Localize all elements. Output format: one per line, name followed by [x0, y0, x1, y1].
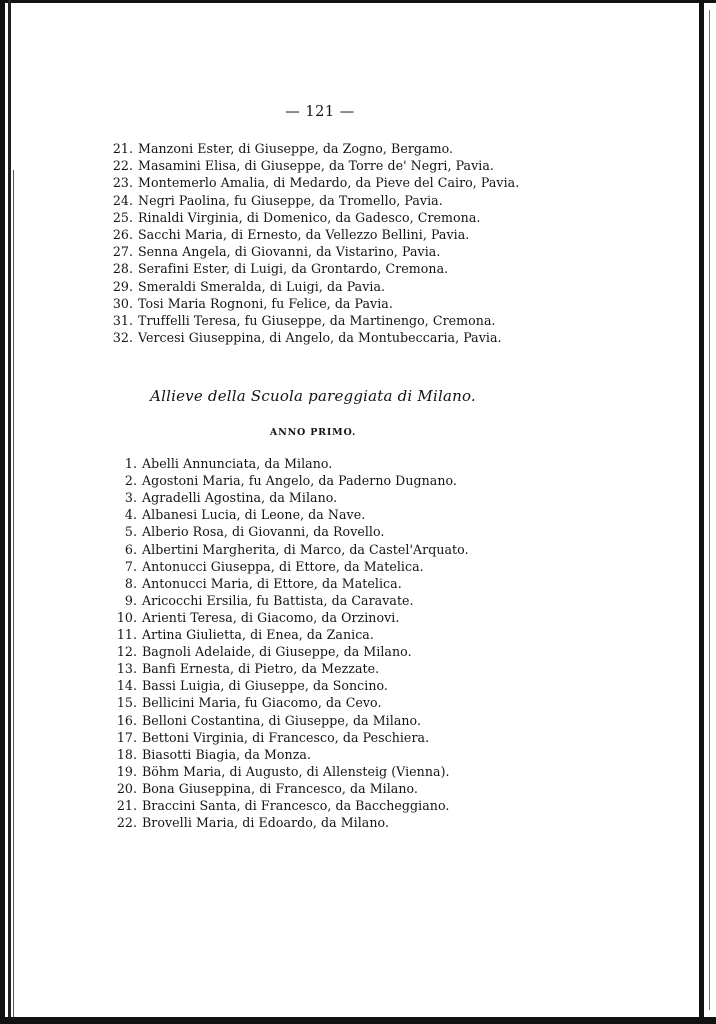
list-item: 23.Montemerlo Amalia, di Medardo, da Pie…: [106, 174, 519, 191]
list-item: 11.Artina Giulietta, di Enea, da Zanica.: [110, 626, 374, 643]
entry-number: 27.: [106, 243, 133, 260]
entry-text: Aricocchi Ersilia, fu Battista, da Carav…: [142, 592, 414, 609]
page-edge-top: [0, 0, 716, 3]
entry-number: 25.: [106, 209, 133, 226]
entry-text: Sacchi Maria, di Ernesto, da Vellezzo Be…: [138, 226, 469, 243]
entry-text: Bassi Luigia, di Giuseppe, da Soncino.: [142, 677, 388, 694]
entry-text: Vercesi Giuseppina, di Angelo, da Montub…: [138, 329, 502, 346]
entry-text: Bona Giuseppina, di Francesco, da Milano…: [142, 780, 418, 797]
entry-number: 14.: [110, 677, 137, 694]
entry-text: Artina Giulietta, di Enea, da Zanica.: [142, 626, 374, 643]
list-item: 5.Alberio Rosa, di Giovanni, da Rovello.: [110, 523, 384, 540]
page-edge-right-thin: [709, 10, 710, 1010]
entry-text: Montemerlo Amalia, di Medardo, da Pieve …: [138, 174, 519, 191]
list-item: 19.Böhm Maria, di Augusto, di Allensteig…: [110, 763, 450, 780]
list-item: 20.Bona Giuseppina, di Francesco, da Mil…: [110, 780, 418, 797]
entry-number: 31.: [106, 312, 133, 329]
entry-number: 7.: [110, 558, 137, 575]
list-item: 26.Sacchi Maria, di Ernesto, da Vellezzo…: [106, 226, 469, 243]
list-item: 12.Bagnoli Adelaide, di Giuseppe, da Mil…: [110, 643, 412, 660]
entry-text: Brovelli Maria, di Edoardo, da Milano.: [142, 814, 389, 831]
entry-number: 29.: [106, 278, 133, 295]
entry-text: Bagnoli Adelaide, di Giuseppe, da Milano…: [142, 643, 412, 660]
binding-edge-left-inner: [8, 0, 11, 1024]
entry-number: 28.: [106, 260, 133, 277]
entry-text: Negri Paolina, fu Giuseppe, da Tromello,…: [138, 192, 443, 209]
entry-text: Arienti Teresa, di Giacomo, da Orzinovi.: [142, 609, 399, 626]
entry-number: 17.: [110, 729, 137, 746]
entry-text: Serafini Ester, di Luigi, da Grontardo, …: [138, 260, 448, 277]
list-item: 27.Senna Angela, di Giovanni, da Vistari…: [106, 243, 440, 260]
list-item: 15.Bellicini Maria, fu Giacomo, da Cevo.: [110, 694, 382, 711]
entry-number: 4.: [110, 506, 137, 523]
list-item: 4.Albanesi Lucia, di Leone, da Nave.: [110, 506, 365, 523]
list-item: 31.Truffelli Teresa, fu Giuseppe, da Mar…: [106, 312, 496, 329]
entry-number: 30.: [106, 295, 133, 312]
entry-text: Albanesi Lucia, di Leone, da Nave.: [142, 506, 365, 523]
entry-number: 5.: [110, 523, 137, 540]
entry-number: 20.: [110, 780, 137, 797]
list-item: 21.Manzoni Ester, di Giuseppe, da Zogno,…: [106, 140, 453, 157]
list-item: 18.Biasotti Biagia, da Monza.: [110, 746, 311, 763]
list-item: 22.Masamini Elisa, di Giuseppe, da Torre…: [106, 157, 494, 174]
entry-text: Antonucci Maria, di Ettore, da Matelica.: [142, 575, 402, 592]
list-item: 28.Serafini Ester, di Luigi, da Grontard…: [106, 260, 448, 277]
list-item: 25.Rinaldi Virginia, di Domenico, da Gad…: [106, 209, 480, 226]
entry-text: Alberio Rosa, di Giovanni, da Rovello.: [142, 523, 384, 540]
entry-number: 10.: [110, 609, 137, 626]
list-item: 14.Bassi Luigia, di Giuseppe, da Soncino…: [110, 677, 388, 694]
section-subtitle: ANNO PRIMO.: [0, 427, 626, 438]
entry-text: Manzoni Ester, di Giuseppe, da Zogno, Be…: [138, 140, 453, 157]
entry-text: Smeraldi Smeralda, di Luigi, da Pavia.: [138, 278, 385, 295]
entry-text: Tosi Maria Rognoni, fu Felice, da Pavia.: [138, 295, 393, 312]
entry-text: Masamini Elisa, di Giuseppe, da Torre de…: [138, 157, 494, 174]
entry-number: 11.: [110, 626, 137, 643]
entry-number: 18.: [110, 746, 137, 763]
list-item: 1.Abelli Annunciata, da Milano.: [110, 455, 332, 472]
entry-number: 2.: [110, 472, 137, 489]
entry-number: 15.: [110, 694, 137, 711]
entry-number: 22.: [106, 157, 133, 174]
entry-text: Bellicini Maria, fu Giacomo, da Cevo.: [142, 694, 382, 711]
list-item: 24.Negri Paolina, fu Giuseppe, da Tromel…: [106, 192, 443, 209]
entry-text: Bettoni Virginia, di Francesco, da Pesch…: [142, 729, 429, 746]
entry-number: 21.: [110, 797, 137, 814]
entry-number: 1.: [110, 455, 137, 472]
entry-number: 19.: [110, 763, 137, 780]
list-item: 13.Banfi Ernesta, di Pietro, da Mezzate.: [110, 660, 379, 677]
entry-number: 12.: [110, 643, 137, 660]
list-item: 22.Brovelli Maria, di Edoardo, da Milano…: [110, 814, 389, 831]
entry-number: 16.: [110, 712, 137, 729]
binding-edge-left-thin: [13, 170, 14, 1024]
page-number: — 121 —: [0, 104, 640, 120]
entry-number: 8.: [110, 575, 137, 592]
list-item: 21.Braccini Santa, di Francesco, da Bacc…: [110, 797, 449, 814]
list-item: 3.Agradelli Agostina, da Milano.: [110, 489, 337, 506]
list-item: 32.Vercesi Giuseppina, di Angelo, da Mon…: [106, 329, 502, 346]
list-item: 7.Antonucci Giuseppa, di Ettore, da Mate…: [110, 558, 424, 575]
list-item: 2.Agostoni Maria, fu Angelo, da Paderno …: [110, 472, 457, 489]
entry-text: Abelli Annunciata, da Milano.: [142, 455, 332, 472]
entry-number: 9.: [110, 592, 137, 609]
entry-text: Belloni Costantina, di Giuseppe, da Mila…: [142, 712, 421, 729]
entry-number: 24.: [106, 192, 133, 209]
page-edge-bottom: [0, 1017, 716, 1024]
section-title: Allieve della Scuola pareggiata di Milan…: [0, 387, 626, 405]
entry-text: Rinaldi Virginia, di Domenico, da Gadesc…: [138, 209, 480, 226]
entry-number: 21.: [106, 140, 133, 157]
entry-text: Agostoni Maria, fu Angelo, da Paderno Du…: [142, 472, 457, 489]
entry-text: Agradelli Agostina, da Milano.: [142, 489, 337, 506]
entry-text: Braccini Santa, di Francesco, da Baccheg…: [142, 797, 449, 814]
page-edge-right: [699, 0, 704, 1024]
entry-number: 3.: [110, 489, 137, 506]
list-item: 10.Arienti Teresa, di Giacomo, da Orzino…: [110, 609, 399, 626]
list-item: 30.Tosi Maria Rognoni, fu Felice, da Pav…: [106, 295, 393, 312]
entry-number: 22.: [110, 814, 137, 831]
list-item: 9.Aricocchi Ersilia, fu Battista, da Car…: [110, 592, 414, 609]
list-item: 8.Antonucci Maria, di Ettore, da Matelic…: [110, 575, 402, 592]
entry-number: 13.: [110, 660, 137, 677]
entry-text: Albertini Margherita, di Marco, da Caste…: [142, 541, 469, 558]
list-item: 16.Belloni Costantina, di Giuseppe, da M…: [110, 712, 421, 729]
list-item: 29.Smeraldi Smeralda, di Luigi, da Pavia…: [106, 278, 385, 295]
entry-number: 26.: [106, 226, 133, 243]
entry-text: Truffelli Teresa, fu Giuseppe, da Martin…: [138, 312, 496, 329]
entry-text: Böhm Maria, di Augusto, di Allensteig (V…: [142, 763, 450, 780]
list-item: 17.Bettoni Virginia, di Francesco, da Pe…: [110, 729, 429, 746]
entry-text: Senna Angela, di Giovanni, da Vistarino,…: [138, 243, 440, 260]
entry-number: 23.: [106, 174, 133, 191]
list-item: 6.Albertini Margherita, di Marco, da Cas…: [110, 541, 469, 558]
entry-text: Antonucci Giuseppa, di Ettore, da Mateli…: [142, 558, 424, 575]
binding-edge-left: [0, 0, 5, 1024]
entry-number: 6.: [110, 541, 137, 558]
entry-text: Banfi Ernesta, di Pietro, da Mezzate.: [142, 660, 379, 677]
entry-text: Biasotti Biagia, da Monza.: [142, 746, 311, 763]
entry-number: 32.: [106, 329, 133, 346]
